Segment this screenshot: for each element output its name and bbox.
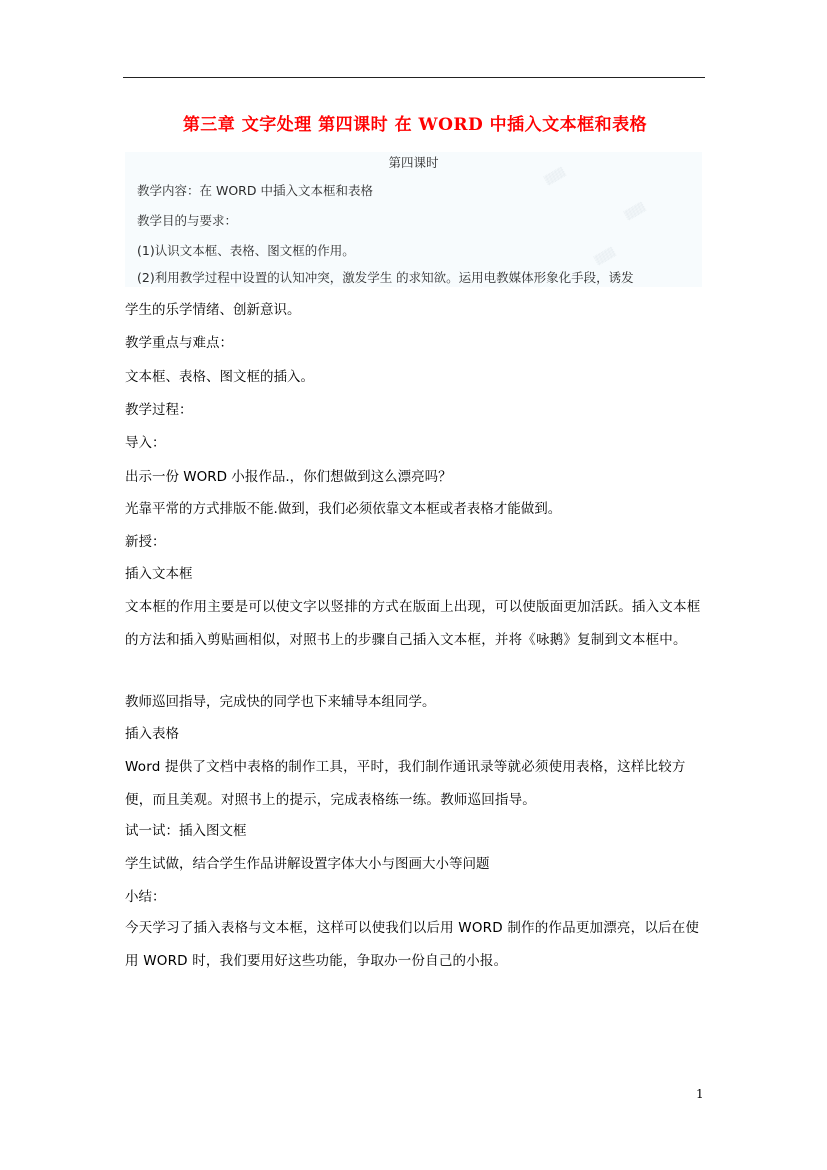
paragraph: Word 提供了文档中表格的制作工具，平时，我们制作通讯录等就必须使用表格，这样…	[125, 751, 705, 817]
paragraph: 教师巡回指导，完成快的同学也下来辅导本组同学。	[125, 686, 705, 719]
image-line: 教学目的与要求：	[137, 211, 237, 229]
paragraph: 学生的乐学情绪、创新意识。	[125, 294, 705, 327]
watermark: ▒▒▒	[624, 202, 647, 221]
image-line: (1)认识文本框、表格、图文框的作用。	[137, 241, 355, 259]
lesson-heading: 第四课时	[125, 153, 702, 171]
section-heading: 试一试：插入图文框	[125, 815, 705, 848]
paragraph: 出示一份 WORD 小报作品.，你们想做到这么漂亮吗？	[125, 461, 705, 494]
document-title: 第三章 文字处理 第四课时 在 WORD 中插入文本框和表格	[120, 110, 710, 135]
header-rule	[123, 77, 705, 78]
page-number: 1	[696, 1087, 704, 1101]
paragraph: 文本框、表格、图文框的插入。	[125, 361, 705, 394]
section-heading: 插入文本框	[125, 558, 705, 591]
watermark: ▒▒▒	[594, 247, 617, 266]
paragraph: 光靠平常的方式排版不能.做到，我们必须依靠文本框或者表格才能做到。	[125, 493, 705, 526]
image-line: 教学内容：在 WORD 中插入文本框和表格	[137, 181, 373, 199]
section-heading: 教学过程：	[125, 394, 705, 427]
paragraph: 今天学习了插入表格与文本框，这样可以使我们以后用 WORD 制作的作品更加漂亮，…	[125, 912, 705, 978]
section-heading: 新授：	[125, 526, 705, 559]
section-heading: 导入：	[125, 427, 705, 460]
paragraph: 学生试做，结合学生作品讲解设置字体大小与图画大小等问题	[125, 848, 705, 881]
section-heading: 教学重点与难点：	[125, 327, 705, 360]
embedded-lesson-image: ▒▒▒ ▒▒▒ ▒▒▒ 第四课时 教学内容：在 WORD 中插入文本框和表格 教…	[125, 152, 702, 287]
section-heading: 插入表格	[125, 718, 705, 751]
paragraph: 文本框的作用主要是可以使文字以竖排的方式在版面上出现，可以使版面更加活跃。插入文…	[125, 591, 705, 657]
section-heading: 小结：	[125, 881, 705, 914]
image-line: (2)利用教学过程中设置的认知冲突，激发学生 的求知欲。运用电教媒体形象化手段，…	[137, 268, 634, 286]
